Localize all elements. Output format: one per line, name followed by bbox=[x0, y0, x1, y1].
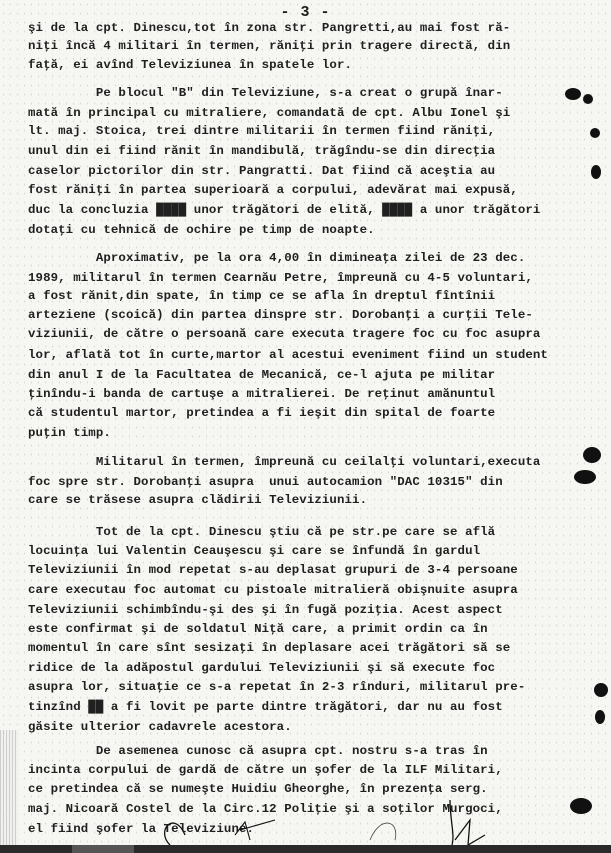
text-line: unul din ei fiind rănit în mandibulă, tr… bbox=[28, 144, 495, 158]
text-line: şi de la cpt. Dinescu,tot în zona str. P… bbox=[28, 21, 510, 35]
text-line: Militarul în termen, împreună cu ceilalţ… bbox=[28, 455, 540, 469]
text-line: lor, aflată tot în curte,martor al acest… bbox=[28, 348, 548, 362]
text-line: locuinţa lui Valentin Ceauşescu şi care … bbox=[28, 544, 480, 558]
ink-blot bbox=[594, 683, 608, 697]
text-line: lt. maj. Stoica, trei dintre militarii î… bbox=[28, 124, 495, 138]
text-line: niţi încă 4 militari în termen, răniţi p… bbox=[28, 39, 510, 53]
text-line: care executau foc automat cu pistoale mi… bbox=[28, 583, 518, 597]
ink-blot bbox=[591, 165, 601, 179]
text-line: este confirmat şi de soldatul Niţă care,… bbox=[28, 622, 488, 636]
text-line: Televiziunii în mod repetat s-au deplasa… bbox=[28, 563, 518, 577]
text-line: dotaţi cu tehnică de ochire pe timp de n… bbox=[28, 223, 375, 237]
text-line: că studentul martor, pretindea a fi ieşi… bbox=[28, 406, 495, 420]
scrollbar-thumb[interactable] bbox=[72, 845, 134, 853]
text-line: De asemenea cunosc că asupra cpt. nostru… bbox=[28, 744, 488, 758]
text-line: ţinîndu-i banda de cartuşe a mitralierei… bbox=[28, 387, 495, 401]
text-line: găsite ulterior cadavrele acestora. bbox=[28, 720, 292, 734]
text-line: din anul I de la Facultatea de Mecanică,… bbox=[28, 368, 495, 382]
text-line: faţă, ei avînd Televiziunea în spatele l… bbox=[28, 58, 352, 72]
ink-blot bbox=[574, 470, 596, 484]
ink-blot bbox=[590, 128, 600, 138]
text-line: Tot de la cpt. Dinescu ştiu că pe str.pe… bbox=[28, 525, 495, 539]
text-line: caselor pictorilor din str. Pangratti. D… bbox=[28, 164, 495, 178]
ink-blot bbox=[565, 88, 581, 100]
text-line: Televiziunii schimbîndu-şi des şi în fug… bbox=[28, 603, 503, 617]
scan-edge-artifact bbox=[0, 730, 18, 845]
text-line: asupra lor, situaţie ce s-a repetat în 2… bbox=[28, 680, 525, 694]
ink-blot bbox=[583, 447, 601, 463]
text-line: viziunii, de către o persoană care execu… bbox=[28, 327, 540, 341]
text-line: fost răniţi în partea superioară a corpu… bbox=[28, 183, 518, 197]
text-line: a fost rănit,din spate, în timp ce se af… bbox=[28, 289, 495, 303]
text-line: incinta corpului de gardă de către un şo… bbox=[28, 763, 503, 777]
text-line: tinzînd ██ a fi lovit pe parte dintre tr… bbox=[28, 700, 503, 714]
scanned-page: - 3 - şi de la cpt. Dinescu,tot în zona … bbox=[0, 0, 611, 845]
ink-blot bbox=[570, 798, 592, 814]
text-line: Aproximativ, pe la ora 4,00 în dimineaţa… bbox=[28, 251, 525, 265]
horizontal-scrollbar[interactable] bbox=[0, 845, 611, 853]
text-line: momentul în care sînt sesizaţi în deplas… bbox=[28, 641, 510, 655]
text-line: ce pretindea că se numeşte Huidiu Gheorg… bbox=[28, 782, 488, 796]
text-line: 1989, militarul în termen Cearnău Petre,… bbox=[28, 271, 533, 285]
text-line: arteziene (scoică) din partea dinspre st… bbox=[28, 308, 533, 322]
ink-blot bbox=[595, 710, 605, 724]
text-line: Pe blocul "B" din Televiziune, s-a creat… bbox=[28, 86, 503, 100]
text-line: mată în principal cu mitraliere, comanda… bbox=[28, 106, 510, 120]
text-line: foc spre str. Dorobanţi asupra unui auto… bbox=[28, 475, 503, 489]
text-line: puţin timp. bbox=[28, 426, 111, 440]
handwritten-signature bbox=[150, 800, 490, 845]
text-line: care se trăsese asupra clădirii Televizi… bbox=[28, 493, 367, 507]
page-number: - 3 - bbox=[0, 4, 611, 21]
text-line: ridice de la adăpostul gardului Televizi… bbox=[28, 661, 495, 675]
text-line: duc la concluzia ████ unor trăgători de … bbox=[28, 203, 540, 217]
ink-blot bbox=[583, 94, 593, 104]
